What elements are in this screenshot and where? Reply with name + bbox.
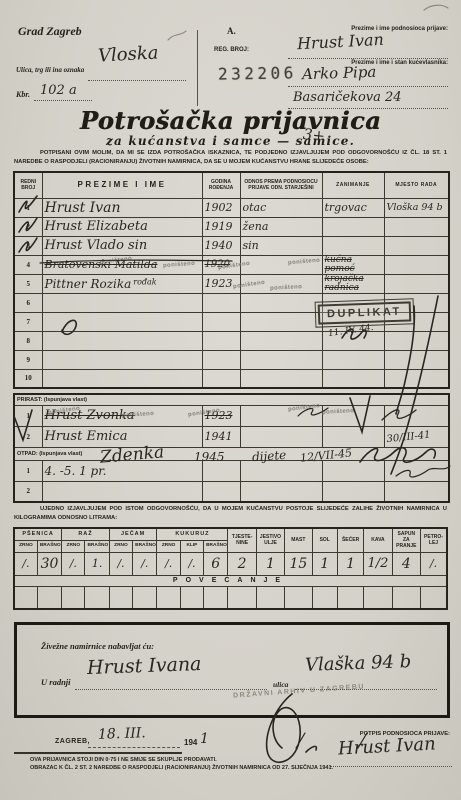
cell [157, 586, 180, 609]
supplies-values-row: /. 30 /. 1. /. /. /. /. 6 2 1 15 1 1 1/2… [14, 552, 447, 575]
cell [384, 217, 449, 236]
cell [42, 293, 202, 312]
cell: 3 [14, 236, 42, 255]
cell [133, 586, 157, 609]
cell [384, 350, 449, 369]
cell: 1/2 [364, 552, 392, 575]
household-table: REDNI BROJ PREZIME I IME GODINA ROĐENJA … [13, 171, 450, 389]
table-row: 2 Hrust Elizabeta 1919 žena [14, 217, 449, 236]
cell [384, 460, 449, 481]
page-subtitle: za kućanstva i samce — samice. [0, 134, 461, 148]
cell [202, 350, 240, 369]
group-header: KUKURUZ [157, 528, 228, 540]
col-header: MAST [285, 528, 312, 552]
cell [256, 586, 284, 609]
signature-name-handwritten: Hrust Ivan [338, 733, 437, 759]
cell: 1902 [202, 198, 240, 217]
cell: 1940 [202, 236, 240, 255]
col-header: ŠEĆER [337, 528, 363, 552]
col-header: KAVA [364, 528, 392, 552]
cell: krojačka radnica [322, 274, 384, 293]
subcol-header: ZRNO [14, 540, 37, 552]
footer-year-handwritten: 1 [200, 731, 209, 747]
supplies-declaration: UJEDNO IZJAVLJUJEM POD ISTOM ODGOVORNOŠĆ… [14, 505, 447, 524]
header-divider [197, 30, 198, 106]
cell [62, 586, 85, 609]
cell [240, 350, 322, 369]
street-label: Ulica, trg ili ina oznaka [16, 66, 84, 74]
corner-scribble [424, 5, 448, 10]
col-header-workplace: MJESTO RADA [384, 172, 449, 198]
table-row: 8 [14, 331, 449, 350]
cell: Vloška 94 b [384, 198, 449, 217]
declaration-paragraph: POTPISANI OVIM MOLIM, DA MI SE IZDA POTR… [14, 149, 447, 168]
cell: /. [180, 552, 203, 575]
cell [322, 481, 384, 502]
cell: 1 [14, 460, 42, 481]
col-header: SAPUN ZA PRANJE [392, 528, 420, 552]
group-header: PŠENICA [14, 528, 62, 540]
otpad-label-row: OTPAD: (Ispunjava vlast) [14, 447, 449, 460]
cell: 1 [337, 552, 363, 575]
cell [421, 586, 448, 609]
cell [240, 312, 322, 331]
footer-date-handwritten: 18. III. [98, 725, 146, 743]
table-row: 1 Hrust Ivan 1902 otac trgovac Vloška 94… [14, 198, 449, 217]
cell [228, 586, 256, 609]
cell: Hrust Ivan [42, 198, 202, 217]
prirast-row: 2 Hrust Emica 1941 30/III-41 [14, 426, 449, 447]
cell [312, 586, 337, 609]
table-row: 5 Pittner Rozika rođak 1923 krojačka rad… [14, 274, 449, 293]
cell: sin [240, 236, 322, 255]
subcol-header: BRAŠNO [133, 540, 157, 552]
col-header-relation: ODNOS PREMA PODNOSIOCU PRIJAVE ODN. STAR… [240, 172, 322, 198]
cell [384, 274, 449, 293]
cell [109, 586, 132, 609]
cell [204, 586, 228, 609]
shop-heading: Živežne namirnice nabavljat ću: [41, 641, 154, 651]
cell [364, 586, 392, 609]
cell [322, 350, 384, 369]
header-pen-wave [168, 31, 186, 40]
cell [42, 312, 202, 331]
shop-ulica-label: ulica [273, 680, 288, 689]
footnote-rule [14, 752, 182, 754]
group-header: RAŽ [62, 528, 110, 540]
cell: Hrust Elizabeta [42, 217, 202, 236]
cell: kućna pomoć [322, 255, 384, 274]
shop-address-handwritten: Vlaška 94 b [305, 651, 412, 676]
col-header: SOL [312, 528, 337, 552]
cell: 1941 [202, 426, 240, 447]
subcol-header: BRAŠNO [85, 540, 109, 552]
otpad-row: 1 4. -5. 1 pr. [14, 460, 449, 481]
footer-year-prefix: 194 [184, 738, 197, 747]
street-underline [88, 80, 186, 81]
cell [240, 481, 322, 502]
cell: 8 [14, 331, 42, 350]
stray-slash-1 [296, 733, 305, 748]
cell: žena [240, 217, 322, 236]
cell: /. [157, 552, 180, 575]
cell: 10 [14, 369, 42, 388]
shop-address-underline [295, 689, 437, 690]
cell: 9 [14, 350, 42, 369]
cell: Pittner Rozika rođak [42, 274, 202, 293]
cell [42, 481, 202, 502]
supplies-table: PŠENICA RAŽ JEČAM KUKURUZ TJESTE-NINE JE… [13, 527, 448, 610]
cell: /. [62, 552, 85, 575]
cell: 6 [204, 552, 228, 575]
cell [240, 426, 322, 447]
subcol-header: KLIP [180, 540, 203, 552]
cell [384, 481, 449, 502]
cell: Hrust Emica [42, 426, 202, 447]
cell [202, 331, 240, 350]
col-header-year: GODINA ROĐENJA [202, 172, 240, 198]
cell [42, 331, 202, 350]
table-row: 9 [14, 350, 449, 369]
cell [322, 369, 384, 388]
cell [240, 331, 322, 350]
footer-city-label: ZAGREB, [55, 738, 90, 745]
otpad-row: 2 [14, 481, 449, 502]
page-title: Potrošačka prijavnica [0, 106, 461, 135]
cell: 15 [285, 552, 312, 575]
cell: 30 [37, 552, 61, 575]
pencil-annotation: 3+ [302, 125, 326, 145]
relation-note: rođak [133, 277, 156, 286]
cell [337, 586, 363, 609]
shop-name-underline [75, 689, 267, 690]
cell [85, 586, 109, 609]
cell: 7 [14, 312, 42, 331]
cell: /. [109, 552, 132, 575]
cell [42, 369, 202, 388]
cell [384, 236, 449, 255]
street-value-handwritten: Vloska [97, 42, 158, 66]
consumer-registration-form: Grad Zagreb Ulica, trg ili ina oznaka Vl… [0, 0, 461, 800]
cell: 1 [256, 552, 284, 575]
cell [322, 460, 384, 481]
reg-broj-stamp: 232206 [218, 63, 297, 83]
cell [202, 481, 240, 502]
cell: /. [14, 552, 37, 575]
cell [180, 586, 203, 609]
landlord-name-underline [288, 86, 448, 87]
reg-broj-label: REG. BROJ: [214, 47, 249, 53]
cell [384, 369, 449, 388]
landlord-name-handwritten: Arko Pipa [302, 63, 377, 84]
otpad-overlay-relation: dijete [252, 448, 287, 464]
shop-declaration-box: Živežne namirnice nabavljat ću: U radnji… [14, 622, 450, 718]
cell [14, 586, 37, 609]
table-row: 10 [14, 369, 449, 388]
prirast-label: PRIRAST: (Ispunjava vlast) [14, 394, 449, 405]
bottom-signature-tail [306, 746, 316, 752]
table-row: 3 Hrust Vlado sin 1940 sin [14, 236, 449, 255]
cell: trgovac [322, 198, 384, 217]
cell [322, 236, 384, 255]
cell: 1. [85, 552, 109, 575]
household-header-row: REDNI BROJ PREZIME I IME GODINA ROĐENJA … [14, 172, 449, 198]
cell: Hrust Vlado sin [42, 236, 202, 255]
povecanje-row: POVEĆANJE [14, 575, 447, 586]
subcol-header: BRAŠNO [37, 540, 61, 552]
supplies-group-header-row: PŠENICA RAŽ JEČAM KUKURUZ TJESTE-NINE JE… [14, 528, 447, 540]
subcol-header: ZRNO [157, 540, 180, 552]
duplikat-stamp: DUPLIKAT [318, 301, 411, 324]
applicant-value-handwritten: Hrust Ivan [297, 30, 385, 54]
landlord-address-handwritten: Basaričekova 24 [293, 90, 402, 105]
section-letter: A. [227, 26, 236, 36]
cell: 2 [14, 217, 42, 236]
col-header: TJESTE-NINE [228, 528, 256, 552]
subcol-header: ZRNO [109, 540, 132, 552]
cell [202, 312, 240, 331]
cell [322, 426, 384, 447]
cell [392, 586, 420, 609]
cell [202, 369, 240, 388]
cell: /. [421, 552, 448, 575]
cell [384, 255, 449, 274]
kbr-underline [34, 100, 92, 101]
cell [240, 369, 322, 388]
cell: 5 [14, 274, 42, 293]
prirast-label-row: PRIRAST: (Ispunjava vlast) [14, 394, 449, 405]
otpad-overlay-year: 1945 [194, 450, 225, 464]
supplies-empty-row [14, 586, 447, 609]
cell [240, 293, 322, 312]
person-name: Pittner Rozika [45, 277, 132, 291]
shop-radnji-label: U radnji [41, 677, 71, 687]
cell: 4 [392, 552, 420, 575]
city-name: Grad Zagreb [18, 24, 82, 39]
cell: /. [133, 552, 157, 575]
cell: 2 [14, 481, 42, 502]
col-header: JESTIVO ULJE [256, 528, 284, 552]
cell [384, 331, 449, 350]
cell [202, 293, 240, 312]
footnote-line1: OVA PRIJAVNICA STOJI DIN 0·75 I NE SMIJE… [30, 757, 430, 763]
cell: otac [240, 198, 322, 217]
applicant-underline [288, 58, 448, 59]
povecanje-label: POVEĆANJE [14, 575, 447, 586]
col-header-name: PREZIME I IME [42, 172, 202, 198]
kbr-label: Kbr. [16, 90, 30, 99]
cell: 4 [14, 255, 42, 274]
cell: 1 [312, 552, 337, 575]
cell: 1 [14, 405, 42, 426]
subcol-header: ZRNO [62, 540, 85, 552]
footer-date-line [88, 747, 180, 748]
col-header-num: REDNI BROJ [14, 172, 42, 198]
cell: 1 [14, 198, 42, 217]
cell [285, 586, 312, 609]
cell [37, 586, 61, 609]
kbr-value-handwritten: 102 a [40, 83, 77, 98]
footnote-line2: OBRAZAC K ČL. 2 ST. 2 NAREDBE O RASPODJE… [30, 765, 440, 771]
cell: 2 [228, 552, 256, 575]
cell: 6 [14, 293, 42, 312]
col-header-occupation: ZANIMANJE [322, 172, 384, 198]
cell: 1919 [202, 217, 240, 236]
shop-name-handwritten: Hrust Ivana [87, 653, 202, 679]
otpad-label: OTPAD: (Ispunjava vlast) [14, 447, 449, 460]
cell [322, 217, 384, 236]
group-header: JEČAM [109, 528, 157, 540]
cell: 2 [14, 426, 42, 447]
subcol-header: BRAŠNO [204, 540, 228, 552]
col-header: PETRO-LEJ [421, 528, 448, 552]
cell [42, 350, 202, 369]
